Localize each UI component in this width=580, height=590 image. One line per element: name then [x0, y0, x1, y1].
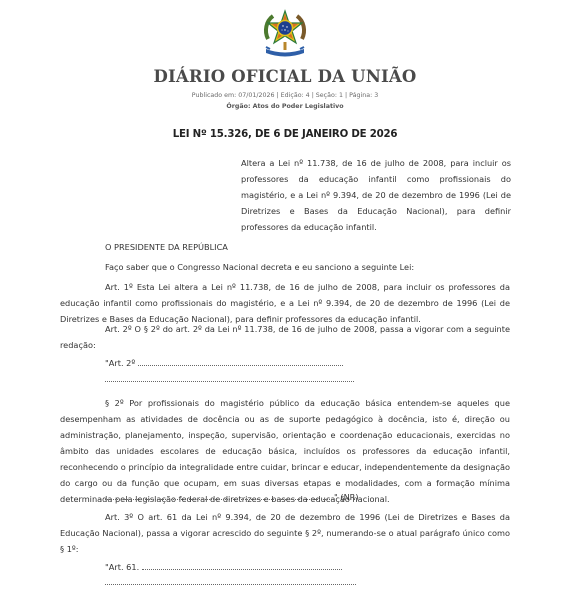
- ellipsis-dots: [105, 499, 334, 500]
- publication-info: Publicado em: 07/01/2026 | Edição: 4 | S…: [0, 91, 570, 100]
- preamble-president: O PRESIDENTE DA REPÚBLICA: [105, 239, 510, 255]
- article-3: Art. 3º O art. 61 da Lei nº 9.394, de 20…: [60, 509, 510, 557]
- article-2-quote-start: "Art. 2º: [105, 355, 343, 371]
- article-1: Art. 1º Esta Lei altera a Lei nº 11.738,…: [60, 279, 510, 327]
- dou-page: DIÁRIO OFICIAL DA UNIÃO Publicado em: 07…: [0, 0, 580, 590]
- nr-marker: " (NR): [334, 492, 359, 502]
- law-title: LEI Nº 15.326, DE 6 DE JANEIRO DE 2026: [0, 128, 570, 142]
- ellipsis-dots: [138, 365, 343, 366]
- omitted-text-dots: [105, 381, 354, 382]
- article-2: Art. 2º O § 2º do art. 2º da Lei nº 11.7…: [60, 321, 510, 353]
- ellipsis-dots: [142, 569, 342, 570]
- article-3-quote-start: "Art. 61.: [105, 559, 342, 575]
- brazil-coat-of-arms-icon: [262, 9, 308, 59]
- article-3-quote-label: "Art. 61.: [105, 562, 139, 572]
- preamble-enactment: Faço saber que o Congresso Nacional decr…: [105, 259, 510, 275]
- masthead-title: DIÁRIO OFICIAL DA UNIÃO: [0, 66, 570, 88]
- omitted-text-dots: [105, 584, 356, 585]
- issuing-organ: Órgão: Atos do Poder Legislativo: [0, 102, 570, 111]
- article-2-quote-end: " (NR): [105, 489, 359, 505]
- law-summary: Altera a Lei nº 11.738, de 16 de julho d…: [241, 155, 511, 235]
- article-2-quote-label: "Art. 2º: [105, 358, 135, 368]
